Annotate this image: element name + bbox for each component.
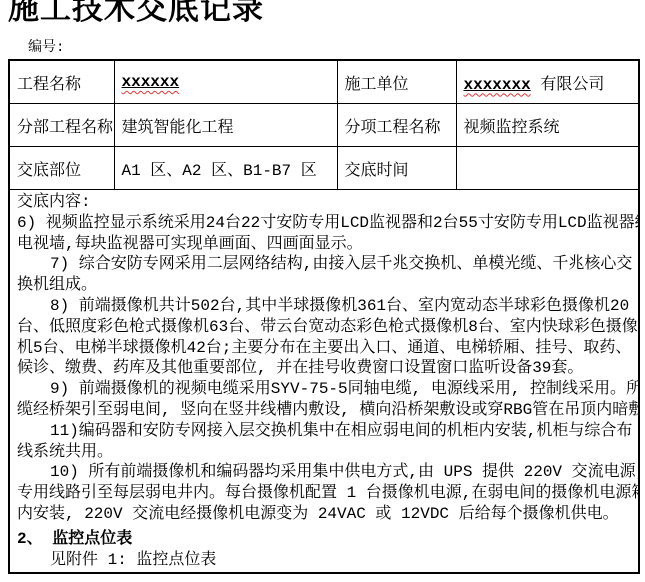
content-line: 6) 视频监控显示系统采用24台22寸安防专用LCD监视器和2台55寸安防专用L… (17, 213, 634, 234)
construction-unit-x-text: xxxxxxx (464, 76, 531, 94)
disclosure-content-lines: 交底内容:6) 视频监控显示系统采用24台22寸安防专用LCD监视器和2台55寸… (17, 192, 634, 570)
disclosure-part-label: 交底部位 (9, 147, 114, 190)
content-line: 交底内容: (17, 192, 634, 213)
table-row: 交底内容:6) 视频监控显示系统采用24台22寸安防专用LCD监视器和2台55寸… (9, 190, 639, 574)
disclosure-content-cell: 交底内容:6) 视频监控显示系统采用24台22寸安防专用LCD监视器和2台55寸… (9, 190, 639, 574)
page-title: 施工技术交底记录 (8, 0, 638, 30)
item-project-label: 分项工程名称 (337, 104, 456, 147)
disclosure-time-label: 交底时间 (337, 147, 456, 190)
content-line: 候诊、缴费、药库及其他重要部位, 并在挂号收费窗口设置窗口监听设备39套。 (17, 358, 634, 379)
content-line: 10) 所有前端摄像机和编码器均采用集中供电方式,由 UPS 提供 220V 交… (17, 462, 634, 483)
content-line: 9) 前端摄像机的视频电缆采用SYV-75-5同轴电缆, 电源线采用, 控制线采… (17, 379, 634, 400)
content-line: 机5台、电梯半球摄像机42台;主要分布在主要出入口、通道、电梯轿厢、挂号、取药、 (17, 338, 634, 359)
content-line: 换机组成。 (17, 275, 634, 296)
project-name-text: xxxxxx (122, 73, 180, 91)
content-line: 电视墙,每块监视器可实现单画面、四画面显示。 (17, 234, 634, 255)
content-line: 线系统共用。 (17, 442, 634, 463)
construction-unit-label: 施工单位 (337, 60, 456, 104)
content-line: 2、 监控点位表 (17, 529, 634, 550)
construction-unit-value: xxxxxxx 有限公司 (456, 60, 639, 104)
table-row: 交底部位 A1 区、A2 区、B1-B7 区 交底时间 (9, 147, 639, 190)
content-line: 8) 前端摄像机共计502台,其中半球摄像机361台、室内宽动态半球彩色摄像机2… (17, 296, 634, 317)
item-project-value: 视频监控系统 (456, 104, 639, 147)
content-line: 台、低照度彩色枪式摄像机63台、带云台宽动态彩色枪式摄像机8台、室内快球彩色摄像 (17, 317, 634, 338)
info-table: 工程名称 xxxxxx 施工单位 xxxxxxx 有限公司 分部工程名称 建筑智… (8, 59, 640, 574)
table-row: 分部工程名称 建筑智能化工程 分项工程名称 视频监控系统 (9, 104, 639, 147)
disclosure-part-value: A1 区、A2 区、B1-B7 区 (114, 147, 337, 190)
table-row: 工程名称 xxxxxx 施工单位 xxxxxxx 有限公司 (9, 60, 639, 104)
document-number-label: 编号: (28, 40, 638, 56)
content-line: 缆经桥架引至弱电间, 竖向在竖井线槽内敷设, 横向沿桥架敷设或穿RBG管在吊顶内… (17, 400, 634, 421)
project-name-value: xxxxxx (114, 60, 337, 104)
sub-project-value: 建筑智能化工程 (114, 104, 337, 147)
disclosure-time-value (456, 147, 639, 190)
project-name-label: 工程名称 (9, 60, 114, 104)
content-line: 内安装, 220V 交流电经摄像机电源变为 24VAC 或 12VDC 后给每个… (17, 504, 634, 525)
content-line: 专用线路引至每层弱电井内。每台摄像机配置 1 台摄像机电源,在弱电间的摄像机电源… (17, 483, 634, 504)
content-line: 见附件 1: 监控点位表 (17, 550, 634, 571)
content-line: 7) 综合安防专网采用二层网络结构,由接入层千兆交换机、单模光缆、千兆核心交 (17, 254, 634, 275)
content-line: 11)编码器和安防专网接入层交换机集中在相应弱电间的机柜内安装,机柜与综合布 (17, 421, 634, 442)
construction-unit-suffix-text: 有限公司 (531, 76, 605, 94)
sub-project-label: 分部工程名称 (9, 104, 114, 147)
